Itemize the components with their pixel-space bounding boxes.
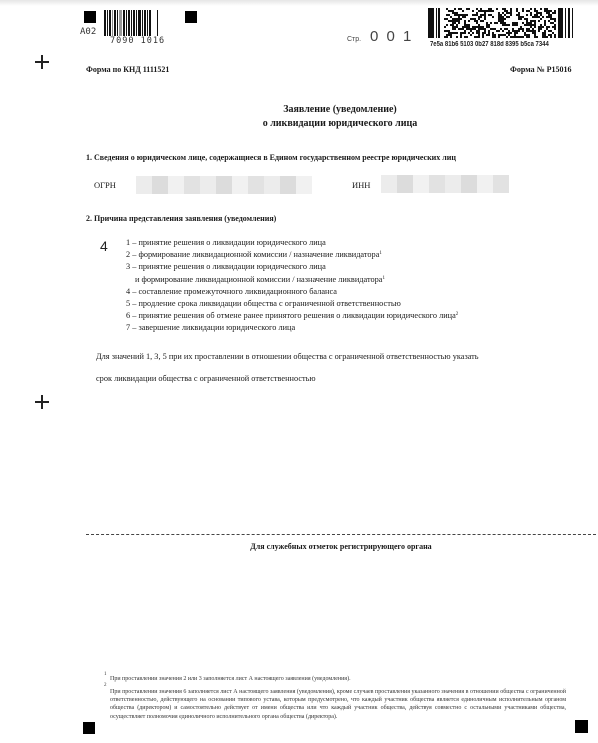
document-title: Заявление (уведомление) о ликвидации юри…	[0, 103, 598, 131]
liquidation-term-note-line-1: Для значений 1, 3, 5 при их проставлении…	[96, 352, 479, 361]
title-line-2: о ликвидации юридического лица	[0, 117, 598, 131]
title-line-1: Заявление (уведомление)	[0, 103, 598, 117]
footnote-1-text: При проставлении значения 2 или 3 заполн…	[110, 675, 590, 683]
reason-option-3: 3 – принятие решения о ликвидации юридич…	[126, 261, 458, 273]
reason-option-4: 4 – составление промежуточного ликвидаци…	[126, 286, 458, 298]
crosshair-mark-top	[35, 55, 49, 69]
reason-option-6: 6 – принятие решения об отмене ранее при…	[126, 310, 458, 322]
registration-marker-top-mid	[185, 11, 197, 23]
footnote-1-number: 1	[104, 672, 107, 677]
form-number-label: Форма № Р15016	[510, 65, 572, 74]
form-code-label: A02	[80, 27, 96, 37]
reason-option-7: 7 – завершение ликвидации юридического л…	[126, 322, 458, 334]
footnote-2-text: При проставлении значения 6 заполняется …	[110, 688, 566, 721]
service-notes-heading: Для служебных отметок регистрирующего ор…	[86, 542, 596, 551]
liquidation-term-note-line-2: срок ликвидации общества с ограниченной …	[96, 374, 316, 383]
cut-line-divider	[86, 534, 596, 535]
inn-label: ИНН	[352, 180, 370, 190]
ogrn-field[interactable]	[136, 176, 312, 194]
registration-marker-bottom-right	[575, 720, 588, 733]
reason-option-5: 5 – продление срока ликвидации общества …	[126, 298, 458, 310]
reason-options-list: 1 – принятие решения о ликвидации юридич…	[126, 237, 458, 335]
reason-option-1: 1 – принятие решения о ликвидации юридич…	[126, 237, 458, 249]
barcode	[104, 10, 178, 36]
page-number: 0 0 1	[370, 28, 413, 45]
footnote-2-number: 2	[104, 683, 107, 688]
inn-field[interactable]	[381, 175, 509, 193]
reason-code-field[interactable]: 4	[100, 238, 108, 254]
page-label: Стр.	[347, 36, 361, 43]
2d-barcode	[428, 8, 578, 38]
reason-option-2: 2 – формирование ликвидационной комиссии…	[126, 249, 458, 261]
crosshair-mark-middle	[35, 395, 49, 409]
knd-form-label: Форма по КНД 1111521	[86, 65, 169, 74]
page-top-shadow	[0, 0, 598, 6]
registration-marker-top-left	[84, 11, 96, 23]
section-1-heading: 1. Сведения о юридическом лице, содержащ…	[86, 153, 456, 162]
ogrn-label: ОГРН	[94, 180, 116, 190]
registration-marker-bottom-left	[83, 722, 95, 734]
2d-barcode-caption: 7e5a 81b6 5103 0b27 818d 8395 b5ca 7344	[430, 41, 549, 48]
reason-option-3-continued: и формирование ликвидационной комиссии /…	[126, 274, 458, 286]
barcode-number: 7090 1016	[110, 36, 165, 46]
section-2-heading: 2. Причина представления заявления (увед…	[86, 214, 276, 223]
